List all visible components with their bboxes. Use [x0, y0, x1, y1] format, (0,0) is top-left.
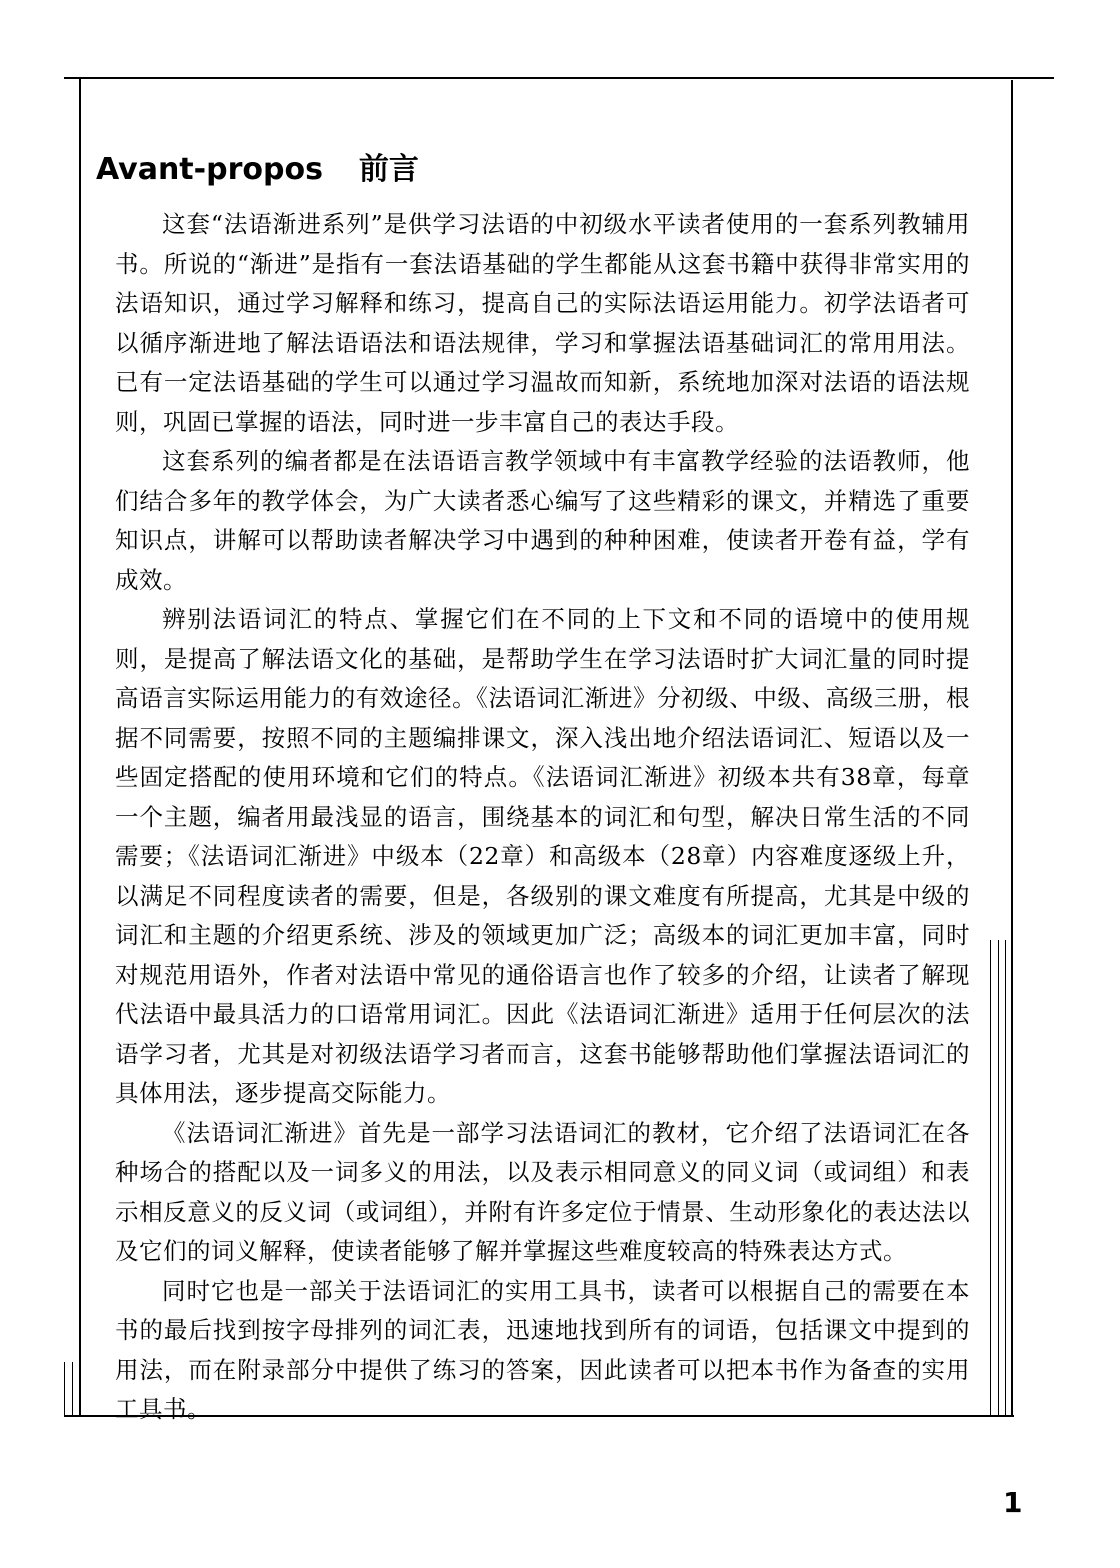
paragraph: 同时它也是一部关于法语词汇的实用工具书，读者可以根据自己的需要在本书的最后找到按…	[115, 1272, 970, 1430]
page-frame-left-border	[79, 77, 81, 1417]
page-number: 1	[1003, 1486, 1022, 1519]
paragraph: 辨别法语词汇的特点、掌握它们在不同的上下文和不同的语境中的使用规则，是提高了解法…	[115, 600, 970, 1114]
preface-body: 这套“法语渐进系列”是供学习法语的中初级水平读者使用的一套系列教辅用书。所说的“…	[115, 205, 970, 1430]
page-title: Avant-propos前言	[96, 144, 419, 188]
page-edge-lines-right	[990, 940, 1015, 1415]
page-title-chinese: 前言	[359, 152, 419, 187]
page-edge-lines-left	[64, 1362, 81, 1417]
paragraph: 这套“法语渐进系列”是供学习法语的中初级水平读者使用的一套系列教辅用书。所说的“…	[115, 205, 970, 442]
paragraph: 这套系列的编者都是在法语语言教学领域中有丰富教学经验的法语教师，他们结合多年的教…	[115, 442, 970, 600]
paragraph: 《法语词汇渐进》首先是一部学习法语词汇的教材，它介绍了法语词汇在各种场合的搭配以…	[115, 1114, 970, 1272]
page-title-french: Avant-propos	[96, 152, 323, 187]
page-frame-top-border	[64, 77, 1054, 79]
